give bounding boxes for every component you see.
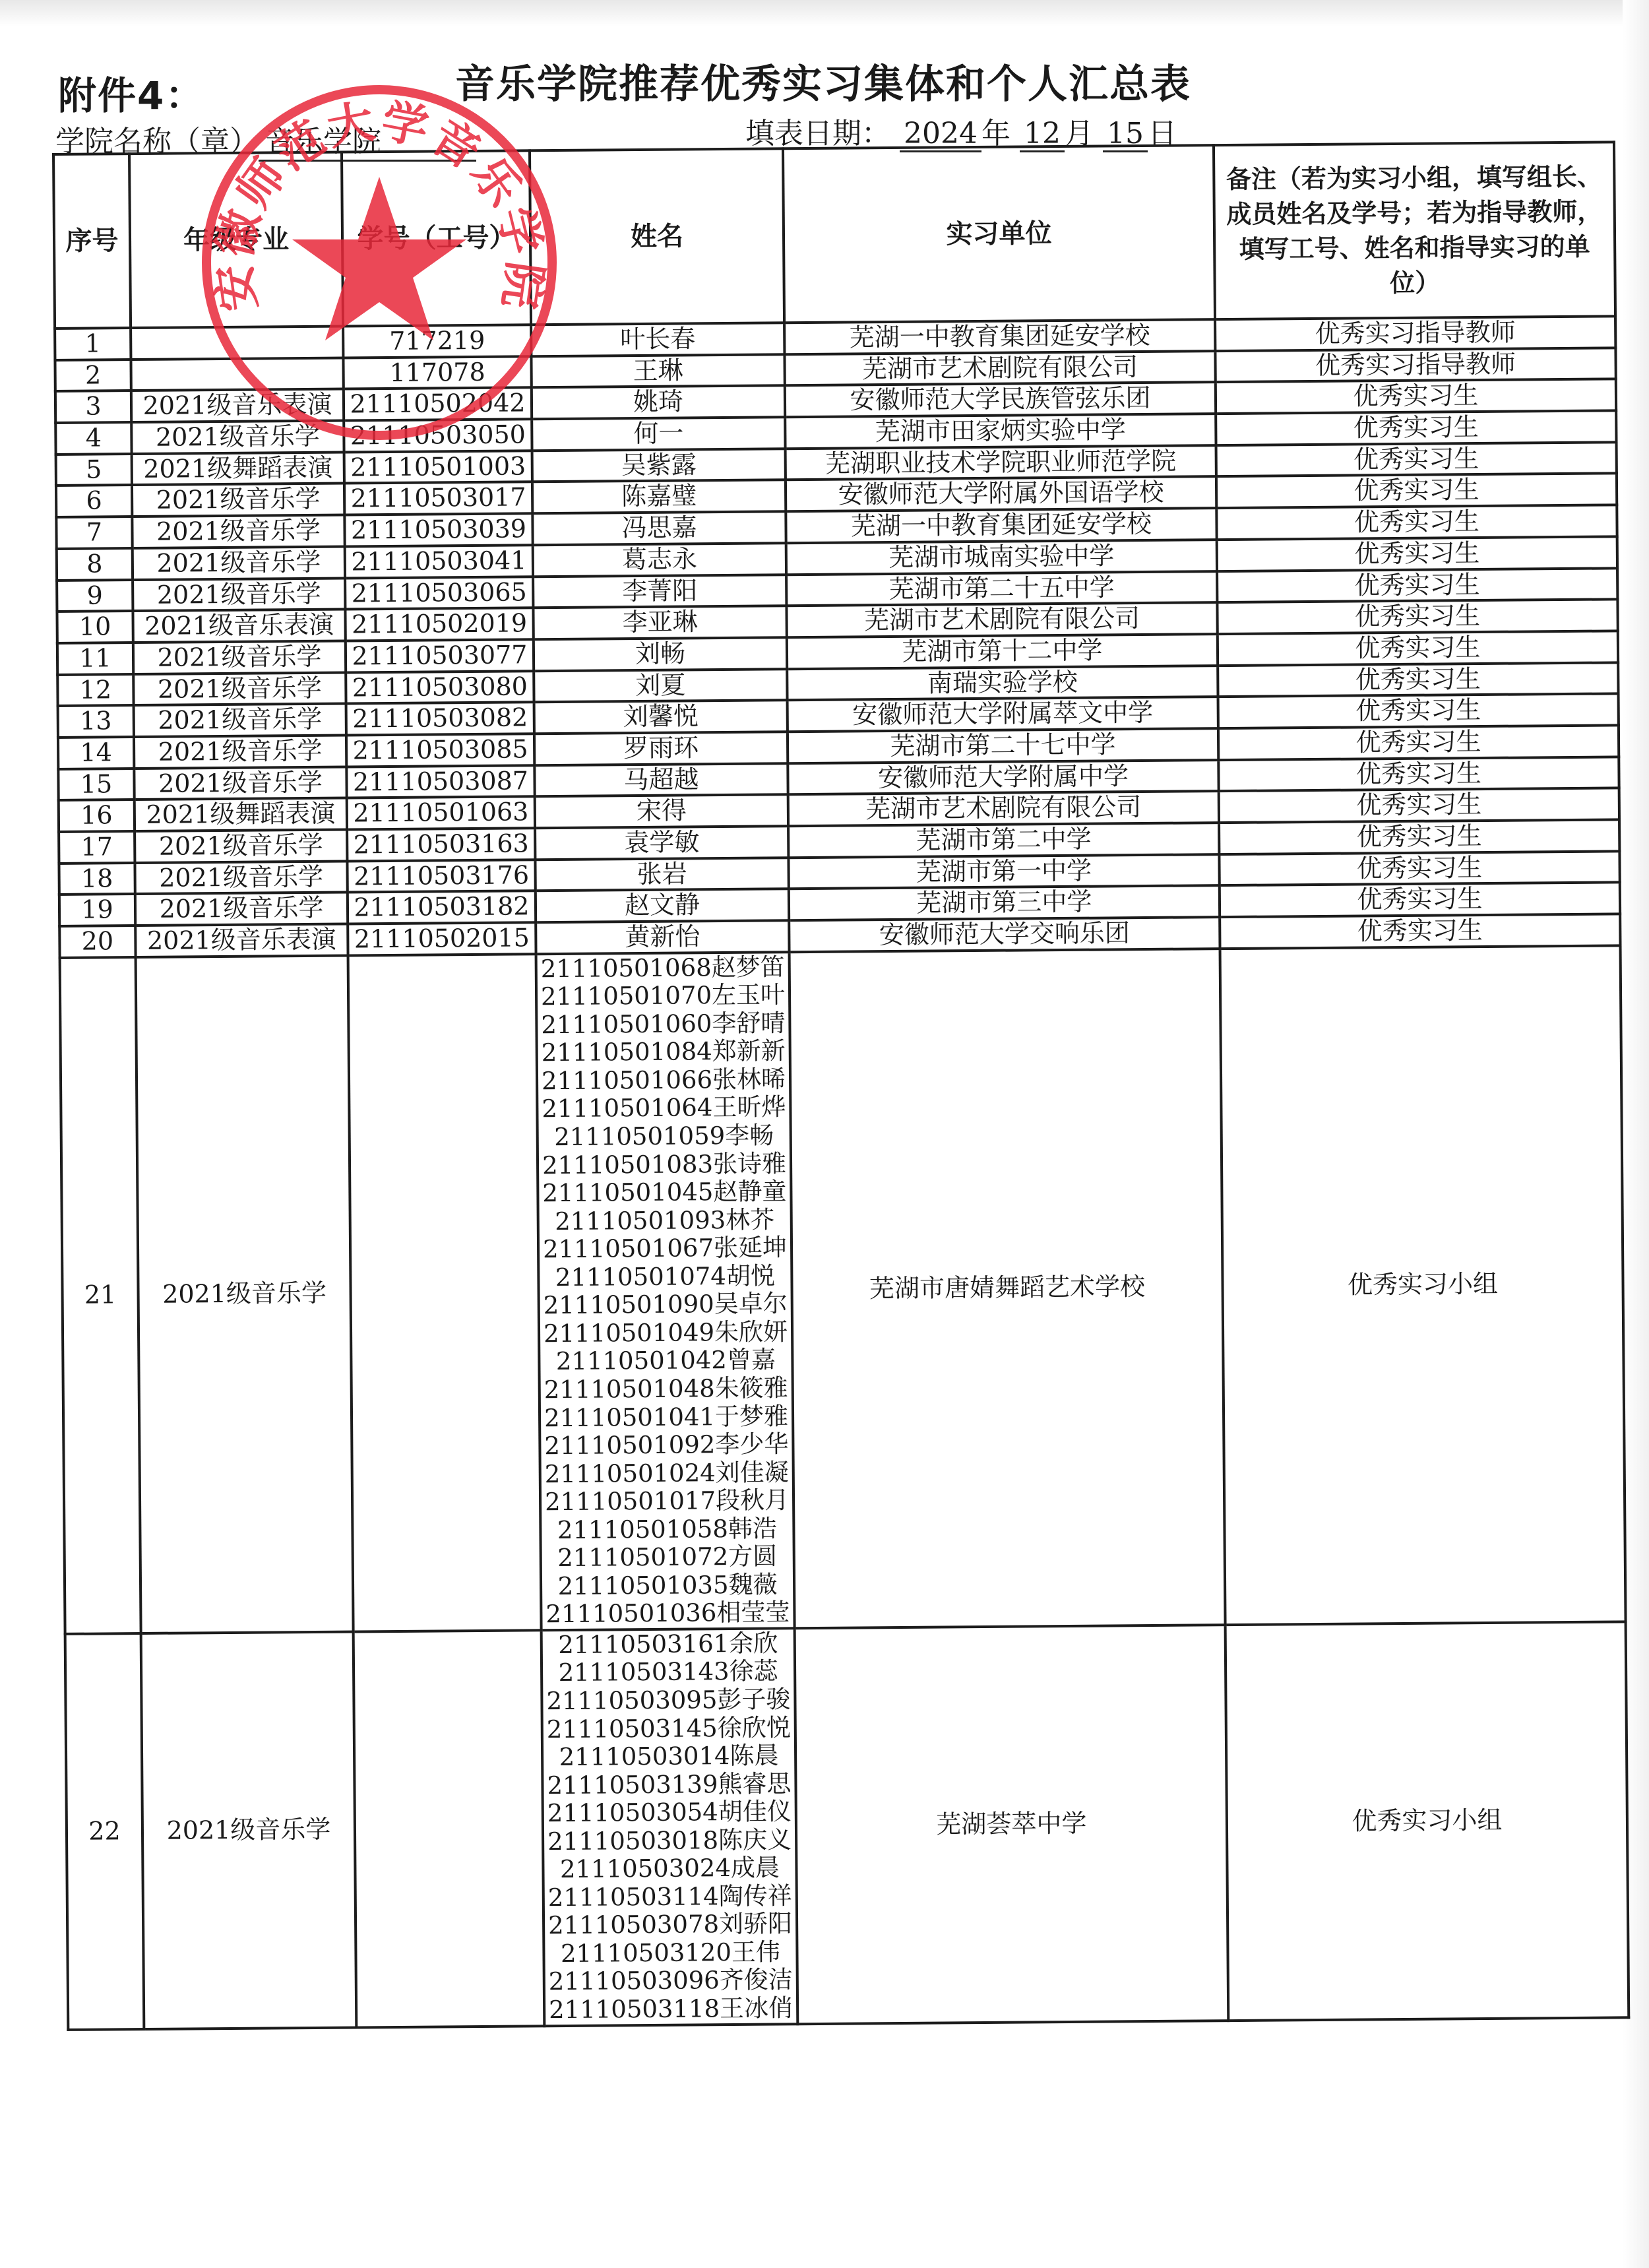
cell-id: 21110503082 (346, 703, 534, 736)
group-member: 21110501048朱筱雅 (541, 1374, 792, 1404)
cell-id: 21110503017 (344, 482, 532, 515)
group-member: 21110503161余欣 (543, 1629, 793, 1660)
cell-name: 李亚琳 (533, 606, 786, 639)
cell-no: 12 (57, 674, 133, 707)
group-member: 21110501049朱欣妍 (540, 1318, 791, 1348)
cell-id: 21110502015 (348, 922, 536, 955)
cell-name: 王琳 (531, 354, 784, 388)
group-member: 21110503095彭子骏 (543, 1685, 793, 1716)
cell-remark: 优秀实习生 (1218, 662, 1618, 697)
cell-name: 冯思嘉 (532, 511, 786, 545)
cell-remark: 优秀实习生 (1216, 505, 1617, 540)
cell-name: 张岩 (535, 858, 788, 891)
cell-id: 21110503050 (344, 419, 532, 452)
group-member: 21110503118王冰俏 (545, 1994, 796, 2025)
cell-major: 2021级音乐学 (133, 672, 346, 705)
cell-major: 2021级音乐学 (135, 893, 348, 926)
cell-name: 陈嘉璧 (532, 480, 786, 514)
cell-id: 21110503077 (346, 639, 534, 672)
cell-unit: 芜湖市第二十七中学 (788, 728, 1218, 763)
group-member: 21110501068赵梦笛 (538, 953, 788, 984)
cell-major: 2021级音乐学 (133, 641, 346, 674)
cell-remark: 优秀实习指导教师 (1215, 348, 1615, 382)
cell-major (131, 327, 343, 360)
cell-no: 6 (56, 486, 132, 518)
cell-name: 宋得 (535, 795, 788, 829)
cell-major: 2021级音乐学 (132, 515, 344, 548)
cell-no: 13 (58, 705, 134, 738)
cell-remark: 优秀实习生 (1218, 631, 1618, 665)
group-member: 21110503096齐俊洁 (545, 1967, 796, 1997)
cell-remark: 优秀实习生 (1218, 725, 1619, 759)
cell-no: 10 (57, 611, 133, 643)
cell-remark: 优秀实习生 (1217, 536, 1617, 571)
cell-name: 刘畅 (534, 637, 787, 671)
cell-unit: 安徽师范大学民族管弦乐团 (785, 383, 1216, 418)
cell-id: 117078 (343, 356, 531, 389)
cell-unit: 安徽师范大学附属中学 (788, 760, 1218, 795)
group-member: 21110501042曾嘉 (540, 1346, 791, 1377)
group-member: 21110503143徐蕊 (543, 1658, 793, 1688)
group-member: 21110501058韩浩 (542, 1515, 792, 1545)
cell-id: 21110503087 (346, 765, 534, 798)
group-member: 21110501066张林晞 (538, 1065, 789, 1096)
group-member: 21110501074胡悦 (540, 1262, 790, 1292)
group-member: 21110501035魏薇 (542, 1571, 793, 1601)
cell-no: 22 (65, 1633, 144, 2030)
cell-unit: 安徽师范大学交响乐团 (789, 917, 1220, 952)
group-member: 21110501024刘佳凝 (542, 1459, 792, 1489)
cell-no: 1 (55, 328, 131, 360)
cell-id: 21110501063 (347, 797, 535, 830)
group-member: 21110501041于梦雅 (541, 1402, 792, 1433)
cell-id: 21110502019 (345, 608, 533, 641)
cell-members: 21110501068赵梦笛21110501070左玉叶21110501060李… (536, 952, 795, 1630)
cell-major: 2021级舞蹈表演 (132, 452, 344, 485)
group-member: 21110501036相莹莹 (542, 1599, 793, 1629)
col-header-unit: 实习单位 (783, 145, 1215, 323)
cell-id: 21110503039 (344, 513, 532, 546)
cell-major: 2021级音乐表演 (131, 389, 344, 422)
cell-major: 2021级音乐学 (134, 704, 346, 737)
cell-no: 5 (56, 454, 132, 486)
cell-no: 9 (57, 580, 133, 612)
col-header-id: 学号（工号） (342, 150, 531, 326)
cell-id: 21110503080 (346, 671, 534, 704)
cell-remark: 优秀实习生 (1217, 568, 1617, 602)
group-member: 21110501092李少华 (541, 1430, 792, 1461)
group-member: 21110503114陶传祥 (545, 1882, 795, 1912)
group-member: 21110501072方圆 (542, 1542, 793, 1573)
cell-major: 2021级音乐学 (133, 578, 345, 611)
cell-remark: 优秀实习生 (1220, 914, 1620, 948)
summary-table: 序号 年级专业 学号（工号） 姓名 实习单位 备注（若为实习小组，填写组长、成员… (52, 141, 1630, 2031)
cell-no: 2 (55, 360, 131, 392)
group-member: 21110503120王伟 (545, 1938, 795, 1969)
cell-remark: 优秀实习生 (1217, 600, 1617, 634)
group-member: 21110501060李舒晴 (538, 1009, 788, 1040)
group-member: 21110503024成晨 (544, 1854, 795, 1884)
cell-major: 2021级音乐学 (135, 830, 347, 863)
cell-members: 21110503161余欣21110503143徐蕊21110503095彭子骏… (542, 1628, 798, 2026)
cell-major: 2021级音乐学 (134, 735, 346, 768)
cell-name: 叶长春 (531, 323, 784, 356)
cell-no: 4 (55, 422, 131, 455)
cell-remark: 优秀实习生 (1218, 694, 1619, 728)
group-member: 21110503145徐欣悦 (544, 1714, 794, 1744)
group-member: 21110501059李畅 (539, 1121, 790, 1152)
cell-name: 姚琦 (532, 386, 785, 420)
cell-unit: 芜湖市第二中学 (788, 823, 1219, 858)
cell-no: 16 (59, 800, 135, 832)
col-header-name: 姓名 (530, 148, 784, 325)
cell-unit: 安徽师范大学附属萃文中学 (788, 697, 1218, 732)
cell-unit: 芜湖职业技术学院职业师范学院 (786, 445, 1216, 480)
group-member: 21110503018陈庆义 (544, 1826, 795, 1856)
cell-no: 7 (56, 517, 132, 549)
cell-unit: 芜湖市艺术剧院有限公司 (784, 351, 1215, 386)
cell-name: 罗雨环 (534, 732, 788, 765)
cell-remark: 优秀实习指导教师 (1215, 316, 1615, 350)
cell-unit: 南瑞实验学校 (787, 666, 1218, 701)
cell-unit: 芜湖市第二十五中学 (786, 571, 1217, 606)
cell-unit: 芜湖荟萃中学 (795, 1625, 1229, 2024)
cell-id: 717219 (343, 325, 531, 358)
col-header-major: 年级专业 (129, 152, 343, 329)
cell-name: 葛志永 (533, 543, 786, 577)
cell-name: 刘馨悦 (534, 701, 788, 734)
cell-id (348, 954, 542, 1631)
cell-id: 21110503176 (347, 860, 535, 893)
group-member: 21110501064王昕烨 (538, 1094, 789, 1124)
cell-unit: 芜湖市第三中学 (789, 886, 1220, 921)
cell-no: 8 (57, 548, 133, 581)
group-member: 21110501093林芥 (540, 1206, 790, 1236)
cell-remark: 优秀实习生 (1220, 883, 1620, 917)
cell-no: 17 (59, 831, 135, 864)
cell-unit: 芜湖市艺术剧院有限公司 (788, 791, 1219, 826)
group-member: 21110501084郑新新 (538, 1038, 789, 1068)
cell-major: 2021级音乐学 (134, 767, 346, 800)
group-member: 21110503139熊睿思 (544, 1770, 794, 1800)
cell-id (354, 1630, 545, 2027)
cell-no: 18 (59, 863, 135, 895)
cell-no: 19 (59, 894, 135, 926)
cell-unit: 芜湖市城南实验中学 (786, 540, 1217, 575)
cell-name: 马超越 (534, 763, 788, 797)
cell-remark: 优秀实习生 (1219, 851, 1619, 885)
cell-unit: 安徽师范大学附属外国语学校 (786, 477, 1216, 512)
table-row-group: 222021级音乐学21110503161余欣21110503143徐蕊2111… (65, 1622, 1629, 2029)
cell-id: 21110503041 (345, 545, 533, 578)
cell-name: 黄新怡 (536, 920, 789, 954)
table-header-row: 序号 年级专业 学号（工号） 姓名 实习单位 备注（若为实习小组，填写组长、成员… (53, 142, 1615, 329)
cell-major: 2021级音乐学 (133, 546, 345, 579)
page-title: 音乐学院推荐优秀实习集体和个人汇总表 (455, 53, 1191, 110)
cell-no: 21 (60, 957, 141, 1634)
group-member: 21110503054胡佳仪 (544, 1798, 795, 1828)
group-member: 21110501067张延坤 (540, 1234, 790, 1264)
group-member: 21110501070左玉叶 (538, 982, 788, 1012)
cell-major: 2021级舞蹈表演 (135, 798, 347, 831)
cell-id: 21110503182 (348, 891, 536, 924)
cell-major: 2021级音乐表演 (135, 924, 348, 957)
cell-unit: 芜湖一中教育集团延安学校 (784, 319, 1215, 354)
cell-name: 赵文静 (536, 889, 789, 923)
cell-unit: 芜湖市第一中学 (788, 854, 1219, 889)
cell-id: 21110503163 (347, 828, 535, 861)
cell-name: 吴紫露 (532, 449, 786, 482)
table-row-group: 212021级音乐学21110501068赵梦笛21110501070左玉叶21… (60, 945, 1626, 1634)
cell-name: 李菁阳 (533, 575, 786, 608)
cell-major: 2021级音乐学 (136, 955, 354, 1633)
cell-remark: 优秀实习小组 (1220, 945, 1626, 1625)
group-member: 21110501083张诗雅 (539, 1150, 790, 1180)
cell-id: 21110503065 (345, 577, 533, 610)
cell-no: 11 (57, 643, 133, 675)
cell-major: 2021级音乐学 (132, 484, 344, 517)
cell-id: 21110502042 (344, 388, 532, 421)
group-member: 21110503078刘骄阳 (545, 1910, 795, 1941)
cell-remark: 优秀实习生 (1219, 788, 1619, 823)
cell-no: 20 (59, 926, 135, 958)
cell-unit: 芜湖市艺术剧院有限公司 (786, 602, 1217, 637)
cell-unit: 芜湖市第十二中学 (787, 634, 1218, 669)
cell-id: 21110503085 (346, 734, 534, 767)
cell-no: 14 (58, 737, 134, 769)
cell-unit: 芜湖市田家炳实验中学 (785, 414, 1216, 449)
cell-remark: 优秀实习小组 (1226, 1622, 1629, 2020)
cell-unit: 芜湖一中教育集团延安学校 (786, 508, 1216, 543)
cell-major: 2021级音乐学 (141, 1631, 357, 2029)
cell-name: 袁学敏 (535, 826, 788, 860)
annex-label: 附件4： (58, 65, 204, 120)
cell-remark: 优秀实习生 (1216, 410, 1616, 445)
cell-remark: 优秀实习生 (1216, 442, 1617, 476)
group-member: 21110501090吴卓尔 (540, 1290, 791, 1321)
cell-unit: 芜湖市唐婧舞蹈艺术学校 (790, 949, 1226, 1628)
cell-major: 2021级音乐学 (131, 421, 344, 454)
cell-no: 3 (55, 391, 131, 423)
cell-major: 2021级音乐表演 (133, 610, 345, 643)
cell-remark: 优秀实习生 (1216, 379, 1616, 414)
group-member: 21110501017段秋月 (542, 1486, 792, 1517)
cell-major (131, 358, 343, 391)
cell-id: 21110501003 (344, 451, 532, 484)
cell-name: 何一 (532, 417, 785, 451)
scan-shadow-top (0, 0, 1649, 26)
cell-remark: 优秀实习生 (1219, 819, 1619, 854)
cell-major: 2021级音乐学 (135, 861, 347, 894)
col-header-remark: 备注（若为实习小组，填写组长、成员姓名及学号；若为指导教师，填写工号、姓名和指导… (1214, 142, 1615, 319)
date-label: 填表日期： (745, 117, 890, 150)
group-member: 21110501045赵静童 (539, 1178, 790, 1208)
cell-name: 刘夏 (534, 669, 787, 703)
cell-no: 15 (58, 769, 134, 801)
group-member: 21110503014陈晨 (544, 1742, 794, 1772)
cell-remark: 优秀实习生 (1216, 474, 1617, 508)
col-header-no: 序号 (53, 154, 131, 329)
cell-remark: 优秀实习生 (1218, 757, 1619, 791)
